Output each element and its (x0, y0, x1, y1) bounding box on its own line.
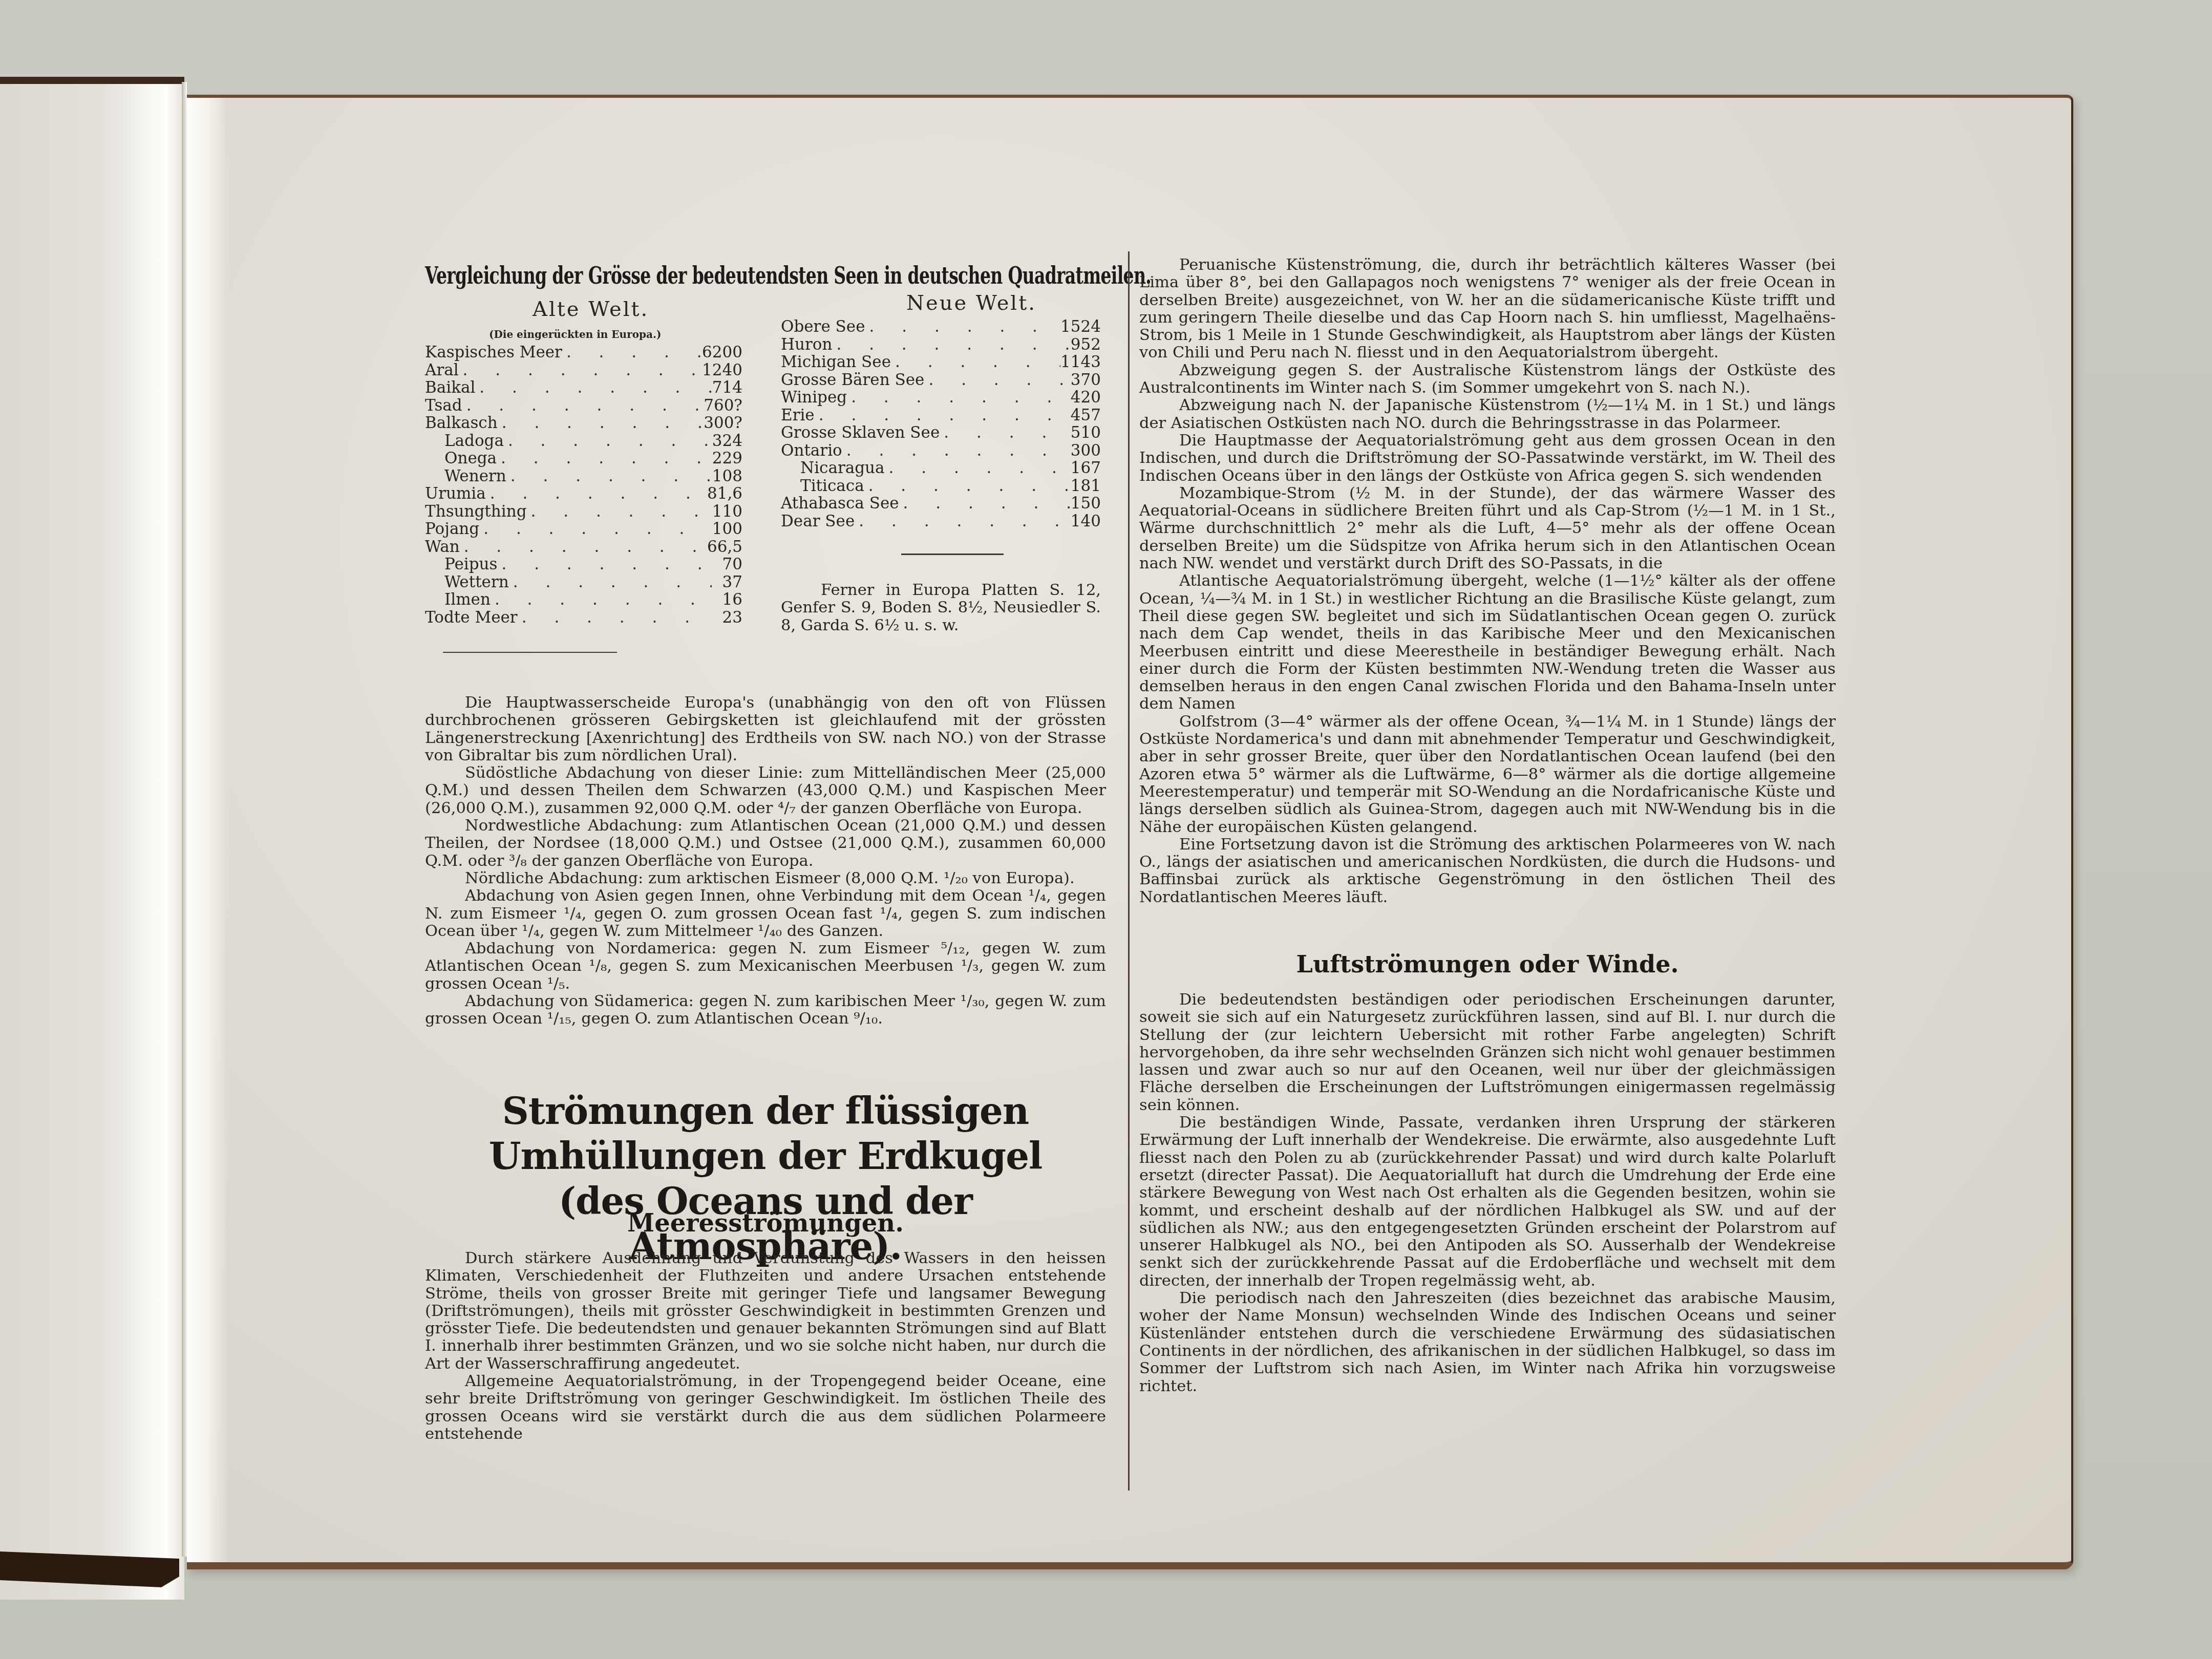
lake-name: Urumia (425, 485, 486, 503)
lake-area-value: 324 (712, 432, 742, 450)
leader-dots: . . . . . . . . . . . . . . . (459, 361, 702, 379)
lake-row: Titicaca. . . . . . . . . . . . . . .181 (781, 477, 1101, 495)
lake-row: Kaspisches Meer. . . . . . . . . . . . .… (425, 344, 742, 361)
watershed-text: Die Hauptwasserscheide Europa's (unabhän… (425, 694, 1106, 1028)
book-spine-gap (182, 82, 187, 1557)
lake-name: Balkasch (425, 414, 498, 432)
old-world-note: (Die eingerückten in Europa.) (489, 328, 661, 341)
leader-dots: . . . . . . . . . . . . . . . (504, 432, 712, 450)
lake-area-value: 420 (1070, 389, 1101, 407)
book-page: Vergleichung der Grösse der bedeutendste… (187, 95, 2073, 1569)
paragraph: Eine Fortsetzung davon ist die Strömung … (1139, 836, 1836, 906)
lake-row: Nicaragua. . . . . . . . . . . . . . .16… (781, 459, 1101, 477)
page-glare (187, 98, 228, 1562)
leader-dots: . . . . . . . . . . . . . . . (891, 353, 1060, 371)
lake-row: Baikal. . . . . . . . . . . . . . .714 (425, 379, 742, 397)
lake-name: Ladoga (425, 432, 504, 450)
lake-name: Onega (425, 450, 497, 467)
leader-dots: . . . . . . . . . . . . . . . (491, 591, 712, 609)
lake-name: Wettern (425, 573, 509, 591)
paragraph: Die beständigen Winde, Passate, verdanke… (1139, 1114, 1836, 1290)
lake-row: Huron. . . . . . . . . . . . . . .952 (781, 336, 1101, 354)
lake-row: Urumia. . . . . . . . . . . . . . .81,6 (425, 485, 742, 503)
leader-dots: . . . . . . . . . . . . . . . (865, 318, 1061, 336)
lake-area-value: 23 (712, 609, 742, 627)
lake-row: Balkasch. . . . . . . . . . . . . . .300… (425, 414, 742, 432)
paragraph: Die Hauptmasse der Aequatorialströmung g… (1139, 432, 1836, 485)
lake-name: Dear See (781, 513, 855, 530)
old-world-heading: Alte Welt. (533, 297, 649, 321)
paragraph: Abdachung von Südamerica: gegen N. zum k… (425, 993, 1106, 1028)
paragraph: Golfstrom (3—4° wärmer als der offene Oc… (1139, 713, 1836, 836)
lake-name: Nicaragua (781, 459, 884, 477)
leader-dots: . . . . . . . . . . . . . . . (479, 520, 712, 538)
lake-row: Todte Meer. . . . . . . . . . . . . . .2… (425, 609, 742, 627)
lake-name: Wan (425, 538, 460, 556)
paragraph: Nordwestliche Abdachung: zum Atlantische… (425, 817, 1106, 870)
leader-dots: . . . . . . . . . . . . . . . (899, 495, 1070, 513)
lakes-table-title: Vergleichung der Grösse der bedeutendste… (425, 262, 1151, 289)
paragraph: Durch stärkere Ausdehnung und Verdunstun… (425, 1250, 1106, 1373)
leader-dots: . . . . . . . . . . . . . . . (884, 459, 1070, 477)
lake-area-value: 81,6 (707, 485, 742, 503)
lake-area-value: 300 (1070, 442, 1101, 460)
old-world-lake-list: Kaspisches Meer. . . . . . . . . . . . .… (425, 344, 742, 626)
lake-row: Wettern. . . . . . . . . . . . . . .37 (425, 573, 742, 591)
paragraph: Abdachung von Asien gegen Innen, ohne Ve… (425, 887, 1106, 940)
lake-row: Michigan See. . . . . . . . . . . . . . … (781, 353, 1101, 371)
lake-area-value: 110 (712, 503, 742, 521)
main-title: Strömungen der flüssigen Umhüllungen der… (425, 1089, 1106, 1269)
paragraph: Abdachung von Nordamerica: gegen N. zum … (425, 940, 1106, 993)
leader-dots: . . . . . . . . . . . . . . . (475, 379, 712, 397)
lake-row: Pojang. . . . . . . . . . . . . . .100 (425, 520, 742, 538)
lake-row: Aral. . . . . . . . . . . . . . .1240 (425, 361, 742, 379)
left-page-edge (0, 77, 184, 1600)
paragraph: Südöstliche Abdachung von dieser Linie: … (425, 764, 1106, 817)
leader-dots: . . . . . . . . . . . . . . . (940, 424, 1070, 442)
new-world-heading: Neue Welt. (906, 291, 1036, 315)
lake-area-value: 370 (1070, 371, 1101, 389)
lake-row: Ilmen. . . . . . . . . . . . . . .16 (425, 591, 742, 609)
paragraph: Peruanische Küstenströmung, die, durch i… (1139, 257, 1836, 362)
lake-area-value: 140 (1070, 513, 1101, 530)
table-separator-rule (901, 554, 1004, 555)
lake-row: Thsungthing. . . . . . . . . . . . . . .… (425, 503, 742, 521)
lake-area-value: 100 (712, 520, 742, 538)
leader-dots: . . . . . . . . . . . . . . . (460, 538, 707, 556)
leader-dots: . . . . . . . . . . . . . . . (526, 503, 712, 521)
lake-area-value: 457 (1070, 407, 1101, 424)
winds-heading: Luftströmungen oder Winde. (1139, 950, 1836, 978)
leader-dots: . . . . . . . . . . . . . . . (509, 573, 712, 591)
leader-dots: . . . . . . . . . . . . . . . (486, 485, 707, 503)
lake-name: Todte Meer (425, 609, 518, 627)
lake-name: Huron (781, 336, 832, 354)
lake-name: Titicaca (781, 477, 864, 495)
lake-name: Ontario (781, 442, 842, 460)
lake-area-value: 108 (712, 467, 742, 485)
lake-area-value: 6200 (702, 344, 742, 361)
lake-name: Kaspisches Meer (425, 344, 562, 361)
lake-row: Obere See. . . . . . . . . . . . . . .15… (781, 318, 1101, 336)
lake-name: Aral (425, 361, 459, 379)
lake-row: Grosse Bären See. . . . . . . . . . . . … (781, 371, 1101, 389)
lake-name: Erie (781, 407, 815, 424)
paragraph: Die Hauptwasserscheide Europa's (unabhän… (425, 694, 1106, 764)
paragraph: Atlantische Aequatorialströmung übergeht… (1139, 572, 1836, 713)
lake-area-value: 167 (1070, 459, 1101, 477)
lake-row: Peipus. . . . . . . . . . . . . . .70 (425, 556, 742, 573)
lake-row: Wenern. . . . . . . . . . . . . . .108 (425, 467, 742, 485)
lake-area-value: 37 (712, 573, 742, 591)
lake-area-value: 70 (712, 556, 742, 573)
ocean-currents-heading: Meeresströmungen. (425, 1209, 1106, 1238)
leader-dots: . . . . . . . . . . . . . . . (462, 397, 704, 415)
lakes-footnote: Ferner in Europa Platten S. 12, Genfer S… (781, 582, 1101, 634)
section-rule (443, 652, 617, 653)
currents-continued-text: Peruanische Küstenströmung, die, durch i… (1139, 257, 1836, 906)
lake-area-value: 1524 (1060, 318, 1101, 336)
leader-dots: . . . . . . . . . . . . . . . (864, 477, 1070, 495)
paragraph: Nördliche Abdachung: zum arktischen Eism… (425, 870, 1106, 887)
leader-dots: . . . . . . . . . . . . . . . (842, 442, 1070, 460)
lake-area-value: 229 (712, 450, 742, 467)
lake-row: Winipeg. . . . . . . . . . . . . . .420 (781, 389, 1101, 407)
lake-area-value: 714 (712, 379, 742, 397)
lake-area-value: 300? (704, 414, 742, 432)
lake-row: Tsad. . . . . . . . . . . . . . .760? (425, 397, 742, 415)
lake-row: Grosse Sklaven See. . . . . . . . . . . … (781, 424, 1101, 442)
column-divider (1128, 251, 1130, 1491)
paragraph: Mozambique-Strom (½ M. in der Stunde), d… (1139, 485, 1836, 572)
lake-name: Michigan See (781, 353, 891, 371)
lake-area-value: 1240 (702, 361, 742, 379)
winds-text: Die bedeutendsten beständigen oder perio… (1139, 991, 1836, 1395)
lake-name: Ilmen (425, 591, 491, 609)
lake-name: Tsad (425, 397, 462, 415)
paragraph: Abzweigung nach N. der Japanische Küsten… (1139, 397, 1836, 432)
lake-name: Pojang (425, 520, 479, 538)
paragraph: Abzweigung gegen S. der Australische Küs… (1139, 362, 1836, 397)
lake-area-value: 760? (704, 397, 742, 415)
lake-name: Thsungthing (425, 503, 526, 521)
lake-row: Ladoga. . . . . . . . . . . . . . .324 (425, 432, 742, 450)
leader-dots: . . . . . . . . . . . . . . . (924, 371, 1070, 389)
lake-area-value: 1143 (1060, 353, 1101, 371)
paragraph: Die bedeutendsten beständigen oder perio… (1139, 991, 1836, 1114)
leader-dots: . . . . . . . . . . . . . . . (855, 513, 1070, 530)
lake-name: Grosse Bären See (781, 371, 924, 389)
leader-dots: . . . . . . . . . . . . . . . (518, 609, 712, 627)
leader-dots: . . . . . . . . . . . . . . . (497, 556, 712, 573)
lake-name: Wenern (425, 467, 506, 485)
lake-row: Wan. . . . . . . . . . . . . . .66,5 (425, 538, 742, 556)
lake-name: Peipus (425, 556, 497, 573)
lake-name: Baikal (425, 379, 475, 397)
lake-row: Onega. . . . . . . . . . . . . . .229 (425, 450, 742, 467)
new-world-lake-list: Obere See. . . . . . . . . . . . . . .15… (781, 318, 1101, 530)
lake-area-value: 150 (1070, 495, 1101, 513)
leader-dots: . . . . . . . . . . . . . . . (832, 336, 1070, 354)
main-title-line-1: Strömungen der flüssigen Umhüllungen der… (425, 1089, 1106, 1179)
lake-row: Ontario. . . . . . . . . . . . . . .300 (781, 442, 1101, 460)
lake-area-value: 181 (1070, 477, 1101, 495)
lake-row: Erie. . . . . . . . . . . . . . .457 (781, 407, 1101, 424)
leader-dots: . . . . . . . . . . . . . . . (506, 467, 712, 485)
lake-name: Grosse Sklaven See (781, 424, 940, 442)
lake-area-value: 510 (1070, 424, 1101, 442)
paragraph: Allgemeine Aequatorialströmung, in der T… (425, 1373, 1106, 1443)
lake-area-value: 952 (1070, 336, 1101, 354)
lake-area-value: 16 (712, 591, 742, 609)
lake-name: Obere See (781, 318, 865, 336)
lake-name: Athabasca See (781, 495, 899, 513)
paragraph: Die periodisch nach den Jahreszeiten (di… (1139, 1290, 1836, 1395)
leader-dots: . . . . . . . . . . . . . . . (562, 344, 702, 361)
ocean-currents-text: Durch stärkere Ausdehnung und Verdunstun… (425, 1250, 1106, 1443)
lake-row: Dear See. . . . . . . . . . . . . . .140 (781, 513, 1101, 530)
leader-dots: . . . . . . . . . . . . . . . (498, 414, 704, 432)
lake-area-value: 66,5 (707, 538, 742, 556)
leader-dots: . . . . . . . . . . . . . . . (497, 450, 712, 467)
lake-row: Athabasca See. . . . . . . . . . . . . .… (781, 495, 1101, 513)
leader-dots: . . . . . . . . . . . . . . . (847, 389, 1070, 407)
lake-name: Winipeg (781, 389, 847, 407)
leader-dots: . . . . . . . . . . . . . . . (815, 407, 1070, 424)
